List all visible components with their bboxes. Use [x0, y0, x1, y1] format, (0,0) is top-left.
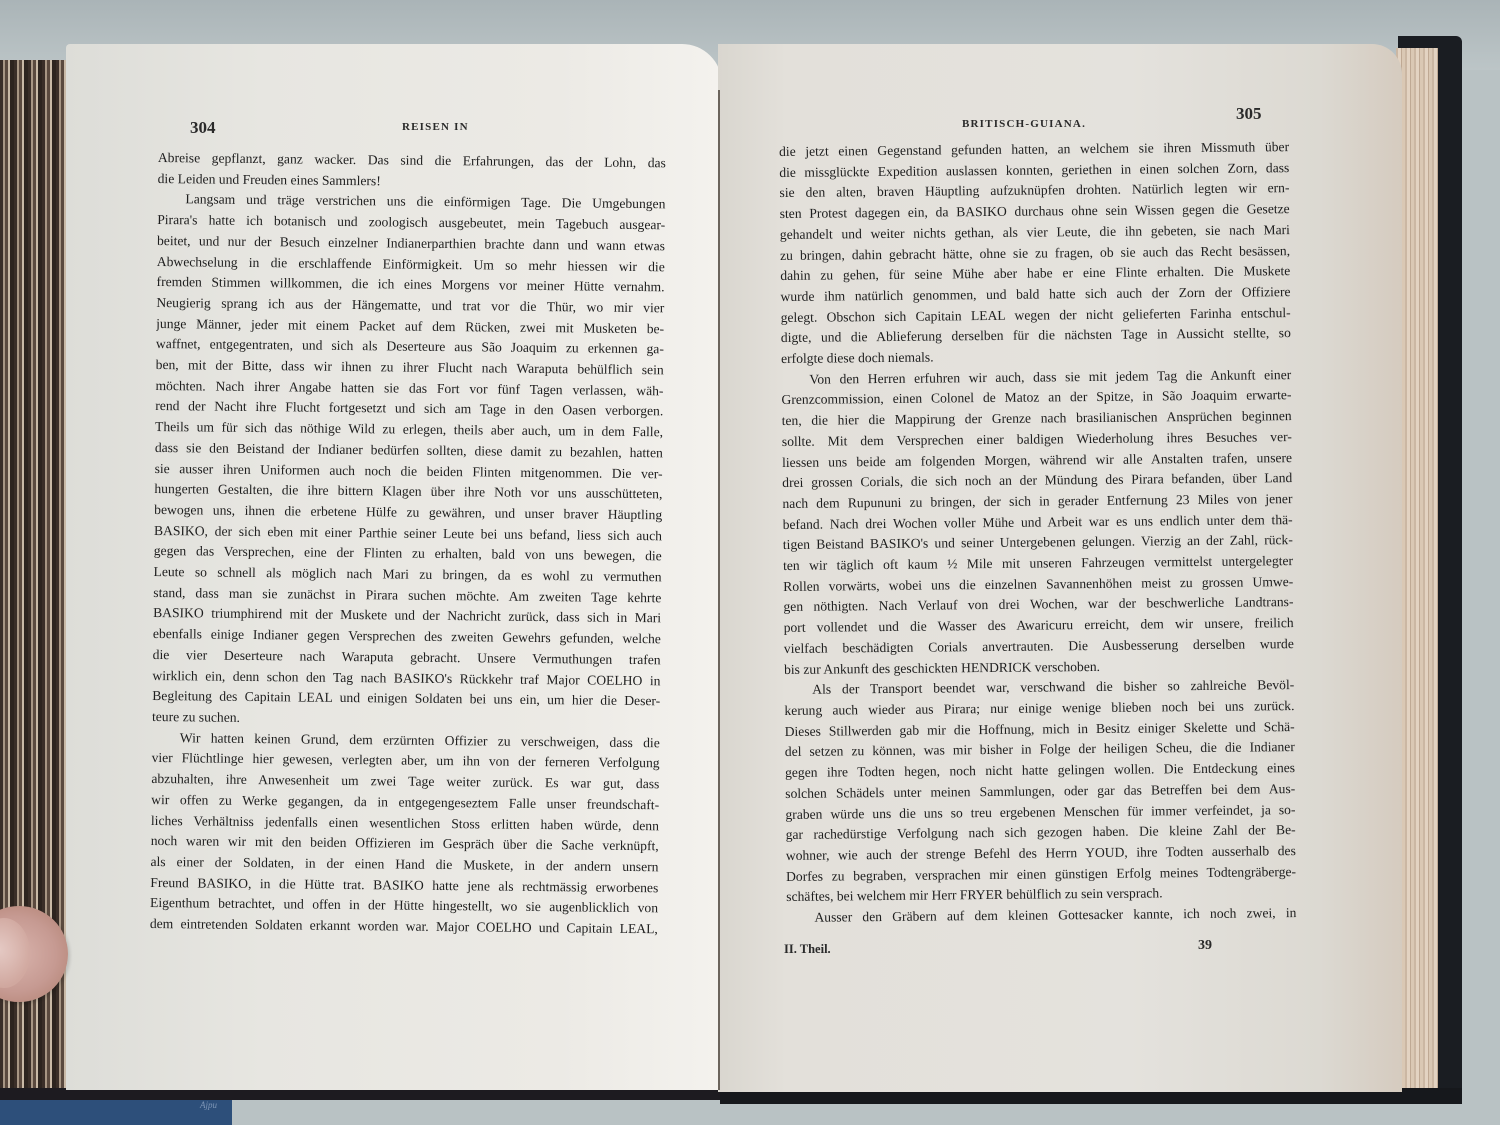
left-page-body: Abreise gepflanzt, ganz wacker. Das sind… — [150, 148, 666, 940]
right-page-edges — [1396, 48, 1438, 1092]
book-gutter — [718, 90, 720, 1090]
right-page-body: die jetzt einen Gegenstand gefunden hatt… — [779, 137, 1297, 929]
signature-mark: II. Theil. — [784, 942, 831, 957]
scribble-label: Ajpu — [200, 1100, 217, 1110]
right-running-head: BRITISCH-GUIANA. — [962, 118, 1086, 130]
thumbnail-nail — [0, 918, 30, 988]
left-page-number: 304 — [190, 118, 216, 138]
blue-object: Ajpu — [0, 1098, 232, 1125]
left-running-head: REISEN IN — [402, 121, 469, 133]
right-page-number: 305 — [1236, 104, 1262, 124]
sheet-number: 39 — [1198, 938, 1212, 954]
